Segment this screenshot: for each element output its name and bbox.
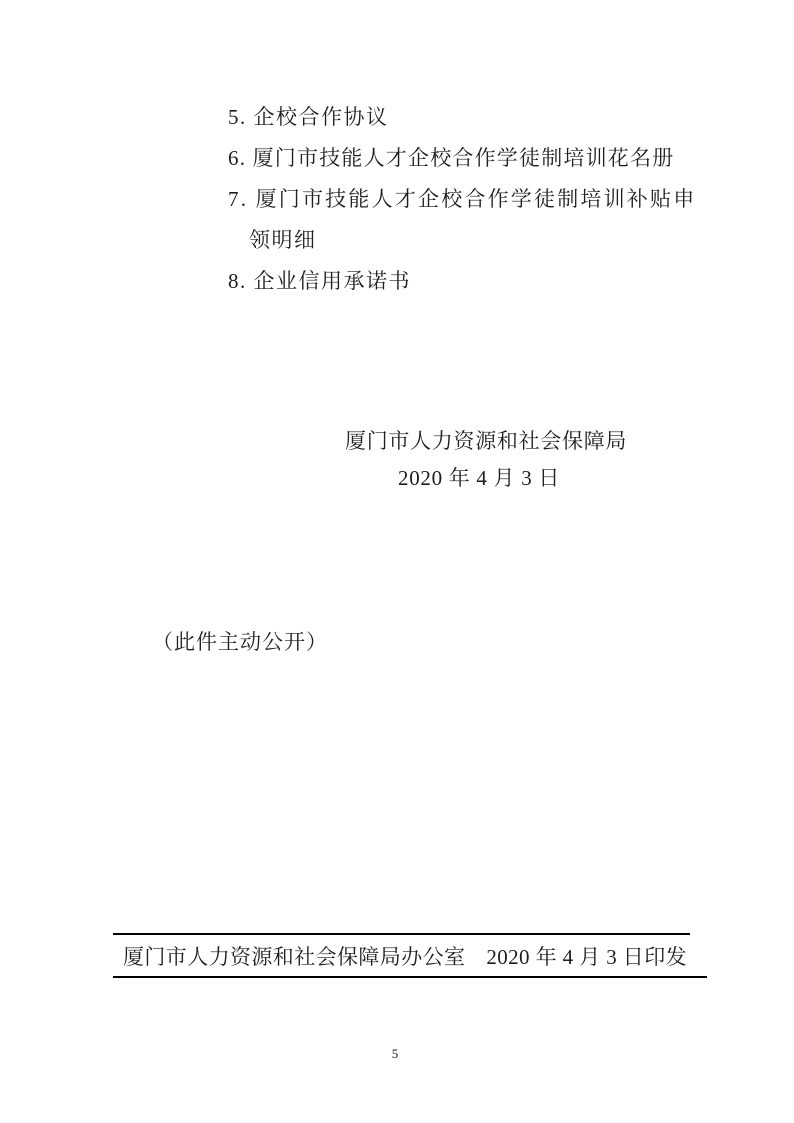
footer-bottom-rule bbox=[113, 976, 707, 978]
disclosure-note: （此件主动公开） bbox=[152, 629, 328, 656]
attachment-item-7: 7. 厦门市技能人才企校合作学徒制培训补贴申 bbox=[228, 186, 696, 213]
attachment-item-6: 6. 厦门市技能人才企校合作学徒制培训花名册 bbox=[228, 145, 674, 172]
attachment-item-5: 5. 企校合作协议 bbox=[228, 104, 389, 131]
page-number: 5 bbox=[380, 1040, 410, 1067]
attachment-item-8: 8. 企业信用承诺书 bbox=[228, 268, 411, 295]
footer-top-rule bbox=[113, 933, 690, 935]
signature-agency: 厦门市人力资源和社会保障局 bbox=[345, 428, 627, 455]
footer-print-date: 2020 年 4 月 3 日印发 bbox=[486, 944, 687, 971]
signature-date: 2020 年 4 月 3 日 bbox=[398, 465, 560, 492]
attachment-item-7-continuation: 领明细 bbox=[249, 227, 317, 254]
document-page: 5. 企校合作协议 6. 厦门市技能人才企校合作学徒制培训花名册 7. 厦门市技… bbox=[0, 0, 794, 1123]
footer-issuer: 厦门市人力资源和社会保障局办公室 bbox=[123, 944, 465, 971]
